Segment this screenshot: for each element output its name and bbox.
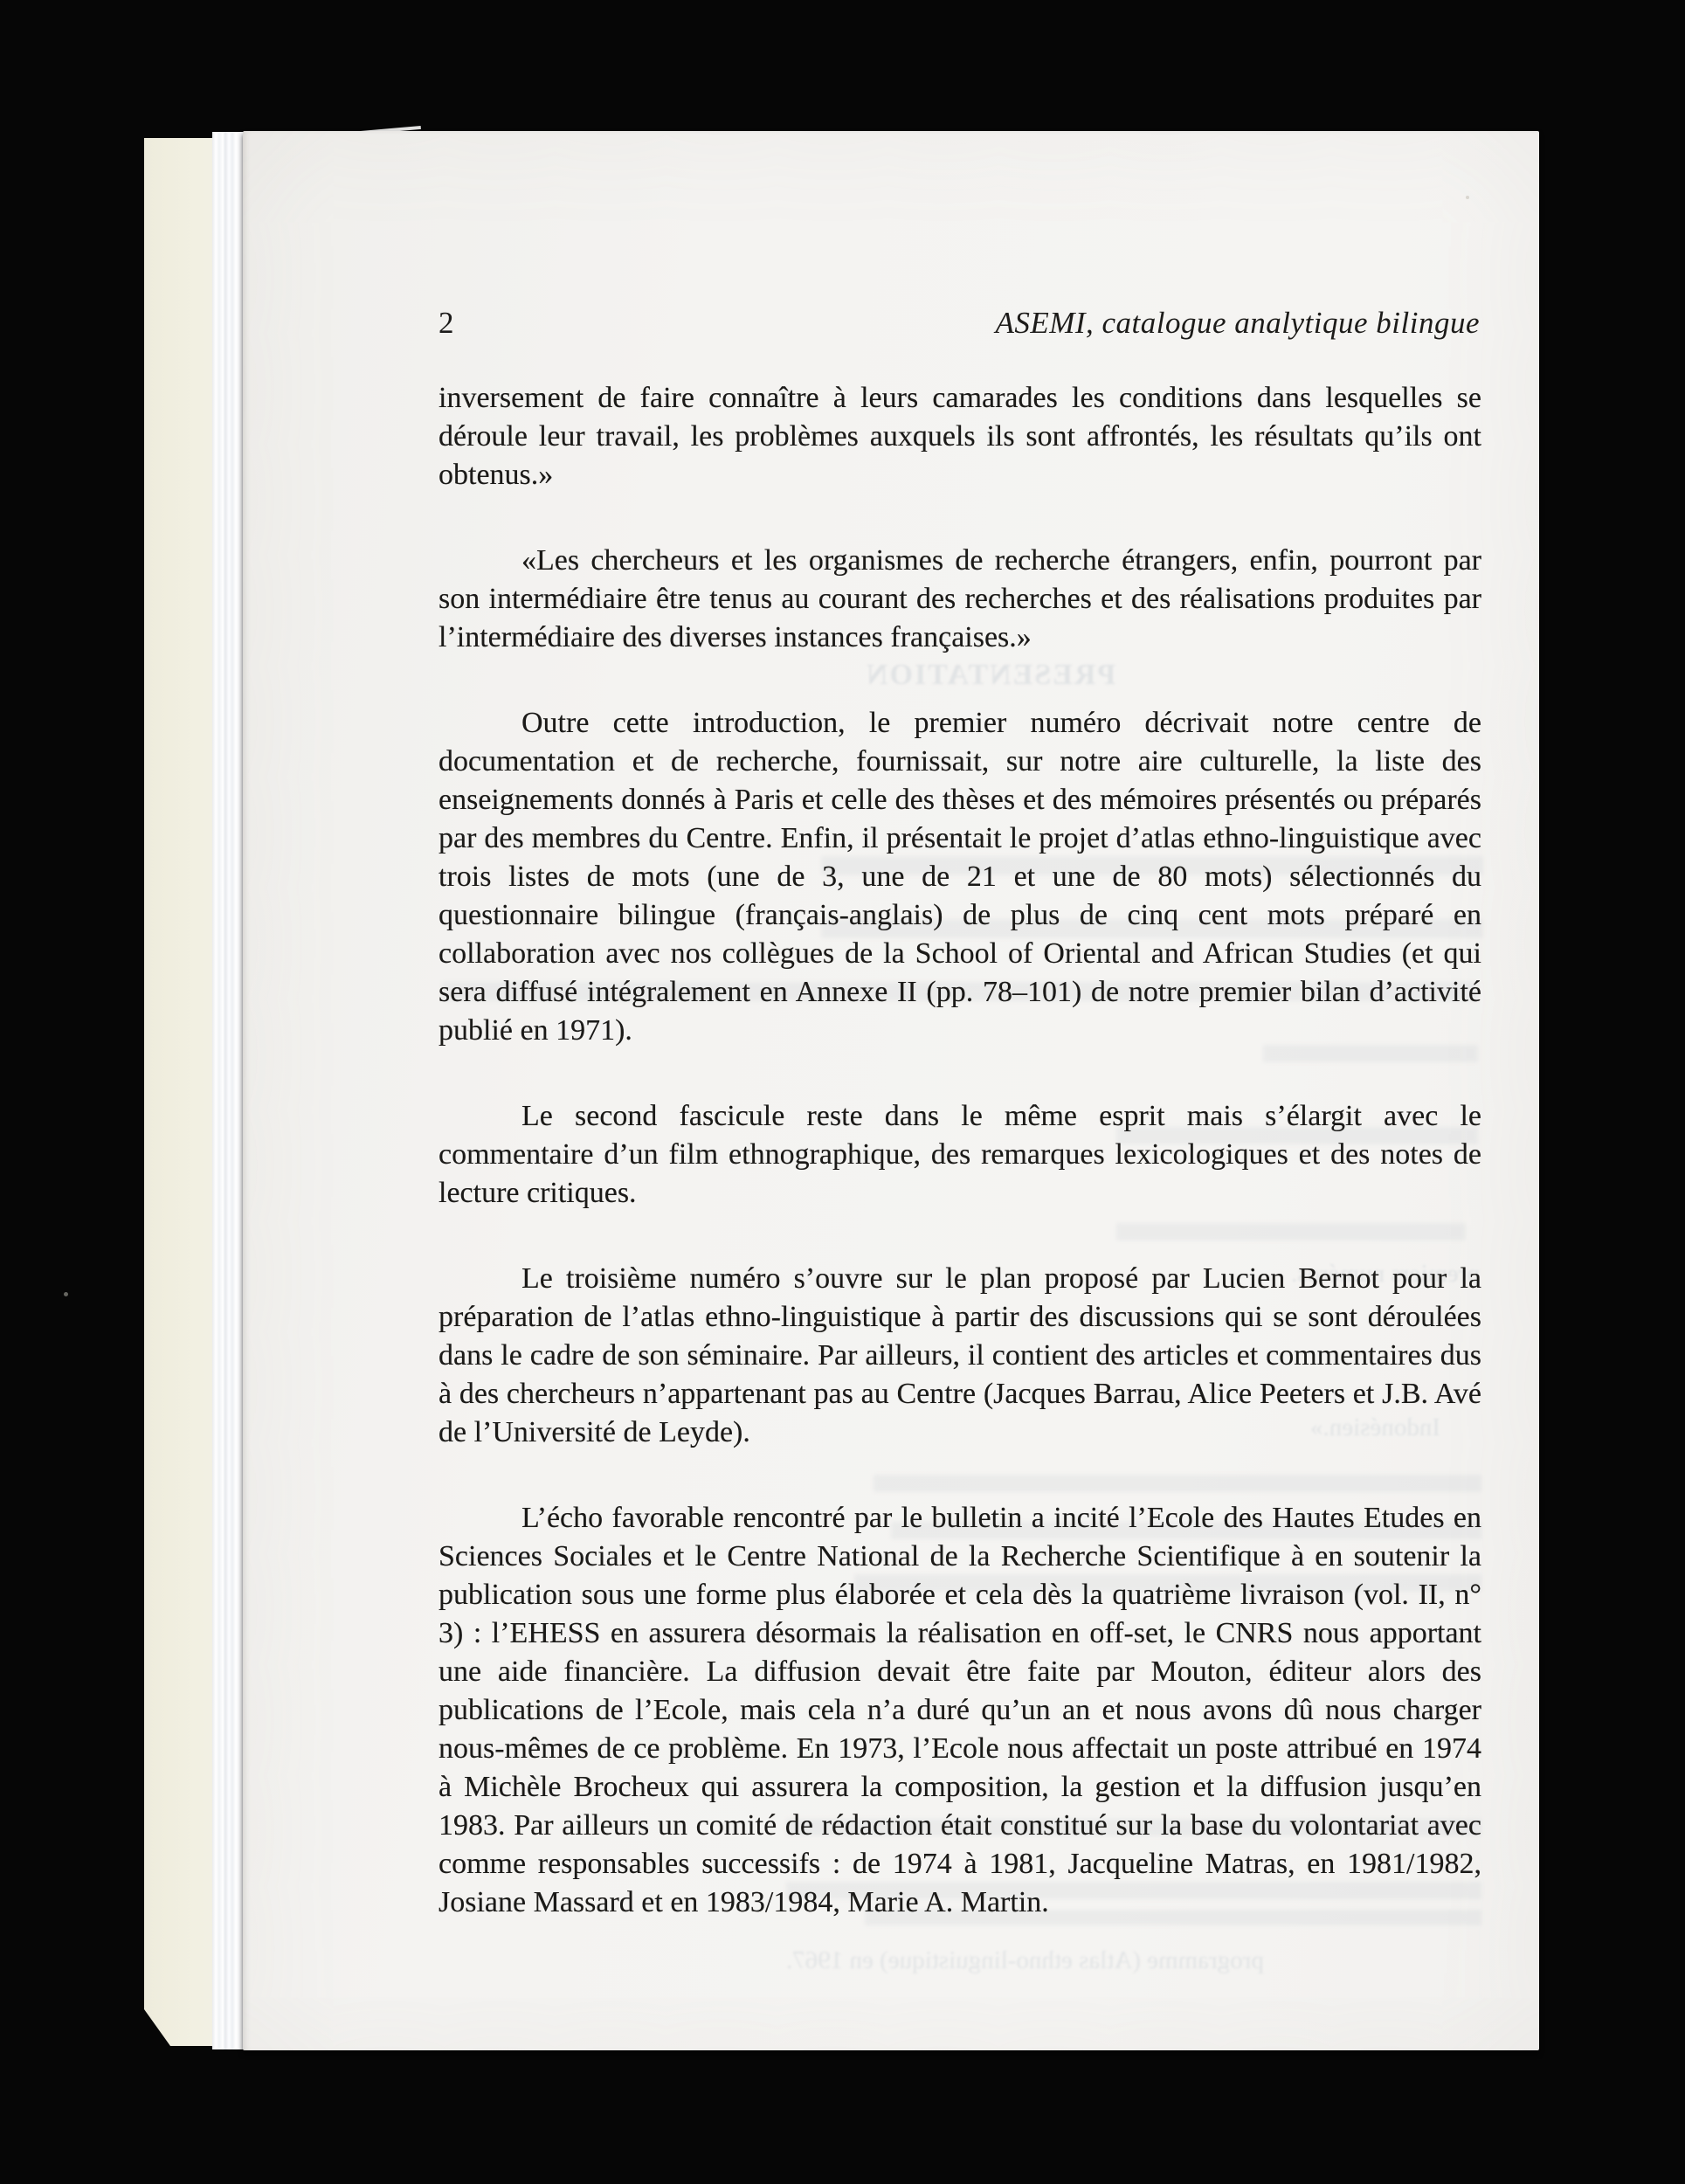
dust-speck <box>1466 196 1469 199</box>
body-paragraph-6: L’écho favorable rencontré par le bullet… <box>439 1499 1481 1922</box>
body-paragraph-2: «Les chercheurs et les organismes de rec… <box>439 542 1481 657</box>
page-number: 2 <box>439 306 454 341</box>
running-title: ASEMI, catalogue analytique bilingue <box>995 306 1480 341</box>
running-head: 2 ASEMI, catalogue analytique bilingue <box>439 306 1480 341</box>
book-scan: PRESENTATION premiers numéros. Indonésie… <box>0 0 1685 2184</box>
book-page: PRESENTATION premiers numéros. Indonésie… <box>243 131 1539 2050</box>
body-paragraph-5: Le troisième numéro s’ouvre sur le plan … <box>439 1260 1481 1452</box>
page-stack-edges <box>212 132 245 2049</box>
body-paragraph-1: inversement de faire connaître à leurs c… <box>439 379 1481 494</box>
body-paragraph-3: Outre cette introduction, le premier num… <box>439 704 1481 1050</box>
dust-speck <box>64 1292 68 1296</box>
body-paragraph-4: Le second fascicule reste dans le même e… <box>439 1097 1481 1213</box>
body-text: inversement de faire connaître à leurs c… <box>439 379 1481 1969</box>
